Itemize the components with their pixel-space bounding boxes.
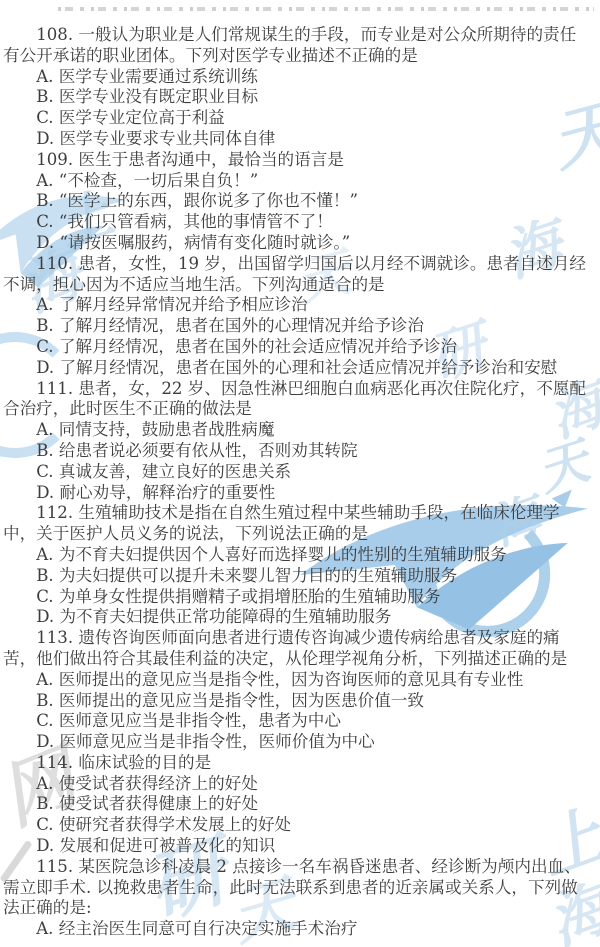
option-b: B. 为夫妇提供可以提升未来婴儿智力目的的生殖辅助服务 [3, 566, 591, 587]
top-cutoff-text-artifact [58, 7, 594, 11]
option-b: B. 使受试者获得健康上的好处 [3, 794, 591, 815]
option-a: A. 医师提出的意见应当是指令性，因为咨询医师的意见具有专业性 [3, 670, 591, 691]
option-d: D. “请按医嘱服药，病情有变化随时就诊。” [3, 233, 591, 254]
option-d: D. 耐心劝导，解释治疗的重要性 [3, 483, 591, 504]
question-111: 111. 患者，女，22 岁、因急性淋巴细胞白血病恶化再次住院化疗，不愿配合治疗… [3, 379, 591, 504]
option-a: A. 使受试者获得经济上的好处 [3, 774, 591, 795]
question-108: 108. 一般认为职业是人们常规谋生的手段，而专业是对公众所期待的责任有公开承诺… [3, 25, 591, 150]
question-114: 114. 临床试验的目的是 A. 使受试者获得经济上的好处 B. 使受试者获得健… [3, 753, 591, 857]
option-c: C. 医学专业定位高于利益 [3, 108, 591, 129]
question-110: 110. 患者，女性，19 岁，出国留学归国后以月经不调就诊。患者自述月经不调，… [3, 254, 591, 379]
option-b: B. 了解月经情况，患者在国外的心理情况并给予诊治 [3, 316, 591, 337]
question-113: 113. 遗传咨询医师面向患者进行遗传咨询减少遗传病给患者及家庭的痛苦，他们做出… [3, 628, 591, 753]
option-c: C. 真诚友善，建立良好的医患关系 [3, 462, 591, 483]
question-stem: 111. 患者，女，22 岁、因急性淋巴细胞白血病恶化再次住院化疗，不愿配合治疗… [3, 379, 591, 421]
option-b: B. 医学专业没有既定职业目标 [3, 87, 591, 108]
option-b: B. 给患者说必须要有依从性，否则劝其转院 [3, 441, 591, 462]
option-d: D. 医学专业要求专业共同体自律 [3, 129, 591, 150]
option-a: A. “不检查，一切后果自负！” [3, 171, 591, 192]
question-stem: 109. 医生于患者沟通中，最恰当的语言是 [3, 150, 591, 171]
exam-questions: 108. 一般认为职业是人们常规谋生的手段，而专业是对公众所期待的责任有公开承诺… [3, 25, 591, 940]
option-a: A. 了解月经异常情况并给予相应诊治 [3, 295, 591, 316]
option-c: C. 医师意见应当是非指令性，患者为中心 [3, 711, 591, 732]
question-stem: 108. 一般认为职业是人们常规谋生的手段，而专业是对公众所期待的责任有公开承诺… [3, 25, 591, 67]
option-c: C. 为单身女性提供捐赠精子或捐增胚胎的生殖辅助服务 [3, 587, 591, 608]
option-a: A. 医学专业需要通过系统训练 [3, 67, 591, 88]
question-stem: 114. 临床试验的目的是 [3, 753, 591, 774]
option-d: D. 发展和促进可被普及化的知识 [3, 836, 591, 857]
exam-scan-page: 上 海 天 海 天 研 海 天 海 网 研 天 上 海 108. 一般认为职业是… [0, 0, 600, 947]
question-115: 115. 某医院急诊科凌晨 2 点接诊一名车祸昏迷患者、经诊断为颅内出血、需立即… [3, 857, 591, 940]
question-stem: 110. 患者，女性，19 岁，出国留学归国后以月经不调就诊。患者自述月经不调，… [3, 254, 591, 296]
option-c: C. “我们只管看病，其他的事情管不了！ [3, 212, 591, 233]
question-stem: 112. 生殖辅助技术是指在自然生殖过程中某些辅助手段，在临床伦理学中，关于医护… [3, 503, 591, 545]
question-109: 109. 医生于患者沟通中，最恰当的语言是 A. “不检查，一切后果自负！” B… [3, 150, 591, 254]
option-c: C. 使研究者获得学术发展上的好处 [3, 815, 591, 836]
option-d: D. 为不育夫妇提供正常功能障碍的生殖辅助服务 [3, 607, 591, 628]
option-d: D. 了解月经情况，患者在国外的心理和社会适应情况并给予诊治和安慰 [3, 358, 591, 379]
option-c: C. 了解月经情况，患者在国外的社会适应情况并给予诊治 [3, 337, 591, 358]
option-a: A. 经主治医生同意可自行决定实施手术治疗 [3, 919, 591, 940]
option-d: D. 医师意见应当是非指令性，医师价值为中心 [3, 732, 591, 753]
option-a: A. 同情支持，鼓励患者战胜病魔 [3, 420, 591, 441]
option-b: B. “医学上的东西，跟你说多了你也不懂！” [3, 191, 591, 212]
question-112: 112. 生殖辅助技术是指在自然生殖过程中某些辅助手段，在临床伦理学中，关于医护… [3, 503, 591, 628]
question-stem: 113. 遗传咨询医师面向患者进行遗传咨询减少遗传病给患者及家庭的痛苦，他们做出… [3, 628, 591, 670]
option-a: A. 为不育夫妇提供因个人喜好而选择婴儿的性别的生殖辅助服务 [3, 545, 591, 566]
question-stem: 115. 某医院急诊科凌晨 2 点接诊一名车祸昏迷患者、经诊断为颅内出血、需立即… [3, 857, 591, 919]
option-b: B. 医师提出的意见应当是指令性，因为医患价值一致 [3, 691, 591, 712]
